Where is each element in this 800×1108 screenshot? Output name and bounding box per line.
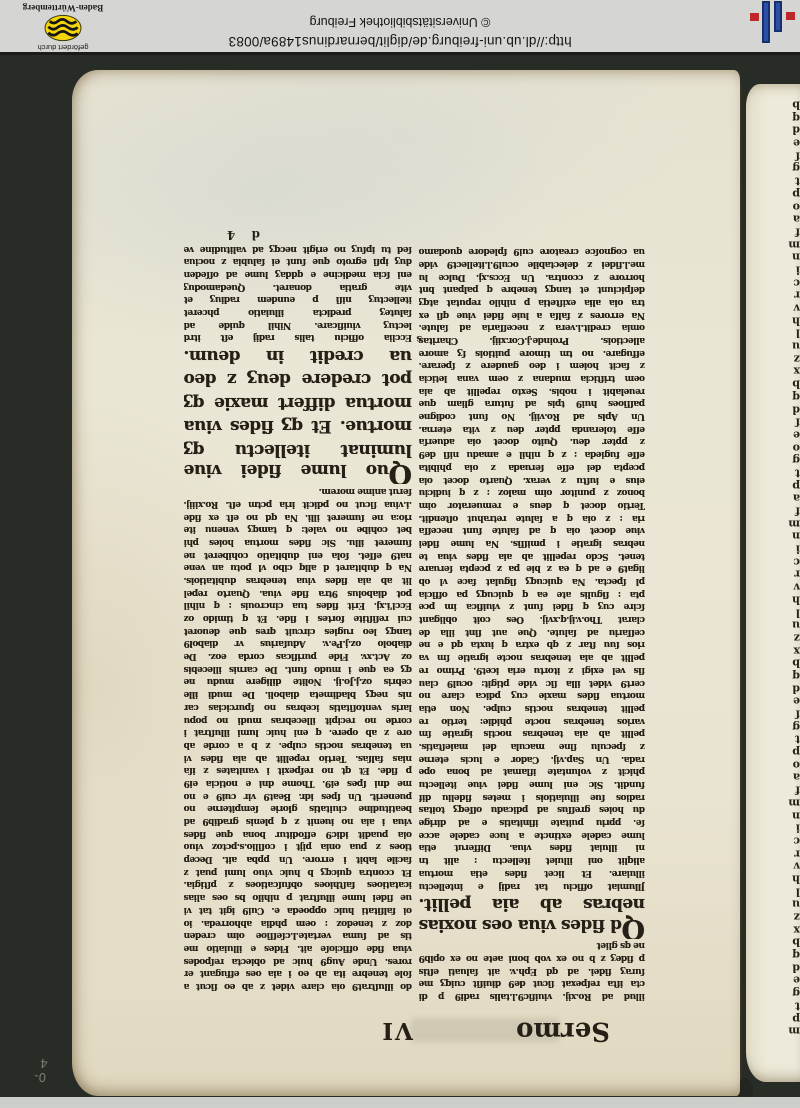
cutoff-glyph: e: [793, 694, 800, 707]
funding-label: gefördert durch: [4, 43, 122, 52]
text-line: p fide. Et qt no reſpexit i vanitates z …: [184, 764, 412, 777]
text-line: oi falſitati huic oppoeda e. Cui9 igit t…: [184, 903, 412, 916]
cutoff-glyph: a: [793, 491, 800, 504]
text-line: cebris oz.j.Jo.ij. Nolite diligere mudu …: [184, 675, 412, 688]
cutoff-glyph: m: [793, 796, 800, 809]
cutoff-glyph: m: [793, 1024, 800, 1037]
text-line: icatatioes faſthioes obfuſcatioes z pſti…: [184, 878, 412, 891]
text-line: puenerit. Un ſpes idr. Beat9 vir cui9 e …: [184, 789, 412, 802]
text-line: ſe. ppriu puitate ifinitatis e ad dirige: [419, 815, 645, 828]
cutoff-glyph: u: [793, 897, 800, 910]
baden-wuerttemberg-logo: gefördert durch Baden-Württemberg: [4, 0, 122, 53]
text-line: me.l.fidei z delectabile ocul9.l.itellec…: [419, 257, 645, 270]
digitization-header-bar: gefördert durch Baden-Württemberg http:/…: [0, 0, 800, 55]
text-line: ni illuiat fides viua. Differut etia: [419, 841, 645, 854]
text-line: ſed tu ipſuʒ no erigit necqʒ ad valitudi…: [184, 242, 412, 255]
cutoff-glyph: h: [793, 314, 800, 327]
cutoff-glyph: ſ: [793, 707, 800, 720]
cutoff-glyph: t: [793, 732, 800, 745]
text-line: ſis vel exigi z itortu eria icet9. Primo…: [419, 663, 645, 676]
text-line: Na errores z falſa a luie fidei viue qſi…: [419, 308, 645, 321]
rubric-initial: Q: [622, 915, 645, 939]
text-line: rio:a ne ſumeret illi. Na qd no eſt ex f…: [184, 510, 412, 523]
text-line: ne qs gliet: [419, 939, 645, 952]
cutoff-glyph: l: [793, 606, 800, 619]
cutoff-glyph: f: [793, 504, 800, 517]
text-line: tis ad ſuma vertate.l.cſeſſioe oim crede…: [184, 929, 412, 942]
text-line: ferut anime morem.: [184, 485, 412, 498]
cutoff-glyph: e: [793, 973, 800, 986]
running-head-title: Sermo: [516, 1016, 610, 1046]
cutoff-glyph: b: [793, 656, 800, 669]
cutoff-glyph: b: [793, 98, 800, 111]
text-line: laris ventoſitatis icebras no ſpurcicias…: [184, 700, 412, 713]
chapter-rubric-line: nebras ab aia pellit. Cap.j.: [419, 892, 645, 916]
cutoff-glyph: q: [793, 111, 800, 124]
cutoff-glyph: ſ: [793, 415, 800, 428]
text-line: clarat Tho.v.ij.q.xvij. Oes coit obligan…: [419, 612, 645, 625]
cutoff-glyph: h: [793, 593, 800, 606]
cutoff-glyph: p: [793, 1012, 800, 1025]
cutoff-glyph: x: [793, 923, 800, 936]
page-content-rotated: Sermo VI illud ad Ro.xij. viuific9.l.tal…: [72, 70, 740, 1096]
text-line: ſumeret illu. Sic fides mortua hoies phi: [184, 535, 412, 548]
cutoff-glyph: u: [793, 339, 800, 352]
text-line: du hoies greſſus ad pdicadu oſſeqʒ toita…: [419, 803, 645, 816]
cutoff-glyph: e: [793, 136, 800, 149]
text-line: eni ſcia medicine e qddaʒ lume ad oſſede…: [184, 267, 412, 280]
text-line: deſpiciunt et tanqʒ tenebre q palpant bn…: [419, 283, 645, 296]
text-line: vite gratia donaret. Quedamoduʒ: [184, 280, 412, 293]
text-line: me dni ſpes ei9. Thome dni e noticia ei9: [184, 776, 412, 789]
cutoff-glyph: g: [793, 720, 800, 733]
text-line: Ecclia officiu talis radij eſt itrd: [184, 331, 412, 344]
cutoff-glyph: p: [793, 187, 800, 200]
chapter-rubric-line: pot credere deuʒ z deo ſed ſola vi: [184, 367, 412, 391]
text-column-right: do illuſtrat9 oia clare videt z ab eo ſi…: [184, 240, 412, 992]
text-line: pot diabolus 9tra fide viua. Quarto repe…: [184, 586, 412, 599]
cutoff-glyph: d: [793, 682, 800, 695]
text-line: ua tenebras noctis culpe. z b a corde ab: [184, 738, 412, 751]
cutoff-glyph: r: [793, 847, 800, 860]
text-line: pellit tenebras noctis culpe. Non etia: [419, 701, 645, 714]
quire-signature-mark: d 4: [221, 228, 260, 242]
text-line: beatitudine ciuitatis glorie ſempiterne …: [184, 802, 412, 815]
text-line: ſole tenebre ita ab eo i aia oes effugan…: [184, 967, 412, 980]
cutoff-glyph: b: [793, 377, 800, 390]
text-line: tioes z pua onia pijt i coſilio.s.pctoz …: [184, 840, 412, 853]
text-line: ria : z oia q a ſalute retrahut oſtendit…: [419, 511, 645, 524]
scanner-bed-strip: [0, 1097, 800, 1108]
text-line: reuelabit i nobis. Sexto repellit ab aia: [419, 384, 645, 397]
text-line: nis neqʒ bladimeta diaboli. De mudi ille: [184, 688, 412, 701]
ub-logo-blue-bar-icon: [762, 1, 770, 43]
text-line: varios tenebras nocte phidie: tertio re: [419, 714, 645, 727]
text-line: nias falſas. Tertio repellit ab aia fide…: [184, 751, 412, 764]
cutoff-glyph: o: [793, 758, 800, 771]
cutoff-glyph: g: [793, 986, 800, 999]
cutoff-glyph: f: [793, 783, 800, 796]
margin-guide-letter: s: [416, 333, 422, 344]
cutoff-glyph: f: [793, 225, 800, 238]
text-line: omia credit.i.vera z neceſſaria ad ſalut…: [419, 321, 645, 334]
cutoff-glyph: i: [793, 542, 800, 555]
screenshot-root: { "header": { "url": "http://dl.ub.uni-f…: [0, 0, 800, 1108]
text-line: do illuſtrat9 oia clare videt z ab eo ſi…: [184, 979, 412, 992]
text-line: pellit ab aia tenebras nocte igratie ſm …: [419, 651, 645, 664]
cutoff-glyph: v: [793, 301, 800, 314]
text-line: cert9 videt illa ſic vide ptigit: ocul9 …: [419, 676, 645, 689]
cutoff-glyph: g: [793, 453, 800, 466]
cutoff-glyph: t: [793, 999, 800, 1012]
text-line: allectiois. Proinde.j.Cor.xiij. Charitas: [419, 333, 645, 346]
ub-logo-blue-bar-icon: [774, 1, 782, 32]
text-line: eſſe toleranda ppter deu z vita eterna.: [419, 422, 645, 435]
text-line: ſaluteʒ predicta illuiatio phceret: [184, 305, 412, 318]
text-line: viua i aia no iuenit z q plenis gradib9 …: [184, 814, 412, 827]
cutoff-glyph: p: [793, 745, 800, 758]
chapter-rubric-line: ua credit in deum. Cap.ij.: [184, 344, 412, 368]
rubric-initial: Q: [389, 461, 412, 485]
cutoff-glyph: z: [793, 631, 800, 644]
cutoff-glyph: d: [793, 403, 800, 416]
cutoff-glyph: u: [793, 618, 800, 631]
text-line: cta iſta reſpexat ſicut de9 diuiſit cuiq…: [419, 977, 645, 990]
text-line: cui reſiſtite fortes i fide. Et q timido…: [184, 611, 412, 624]
text-line: ceſſariu ad ſalute. Que aut ſint illa de: [419, 625, 645, 638]
persistent-url: http://dl.ub.uni-freiburg.de/diglit/bern…: [170, 34, 630, 49]
cutoff-glyph: v: [793, 859, 800, 872]
text-line: pellit ab aia tenebras noctis igratie ſm: [419, 727, 645, 740]
text-line: corde no recipit illecebras mudi no popu: [184, 713, 412, 726]
cutoff-glyph: t: [793, 466, 800, 479]
text-line: duʒ ipſi egroto que ſunt ei ſalubia z no…: [184, 255, 412, 268]
text-line: lit ab aia fides viua tenebras dubitatio…: [184, 573, 412, 586]
text-line: tanqʒ leo rugies circuit qres que deuore…: [184, 624, 412, 637]
text-line: viue docet oia q ad ſalute ſunt neceſſa: [419, 524, 645, 537]
text-line: radios ſue illuiatiois i metes fideliu d…: [419, 790, 645, 803]
text-line: bet cohibe no valet: q tamqʒ venenu ite: [184, 523, 412, 536]
text-line: itellectuʒ niſi p eundem radiuʒ et: [184, 293, 412, 306]
text-line: rios ſuu ſtar z qb extra q iuxta qd e ne: [419, 638, 645, 651]
text-line: ore z ab opere. q eni huic lumi illuſtra…: [184, 726, 412, 739]
text-line: lectuʒ viuificare. Nihil quide ad: [184, 318, 412, 331]
running-head-numeral: VI: [380, 1017, 413, 1044]
text-line: Et ccontra quicqʒ b huic viuo lumi puat …: [184, 865, 412, 878]
chapter-rubric-line: mortue. Et qʒ fides viua a fide: [184, 414, 412, 438]
cutoff-glyph: c: [793, 276, 800, 289]
text-line: nat9 eſſet. ſola eni dubitatio cohiberet…: [184, 548, 412, 561]
cutoff-glyph: e: [793, 428, 800, 441]
cutoff-glyph: o: [793, 441, 800, 454]
cutoff-glyph: r: [793, 567, 800, 580]
chapter-rubric-line: Qd fides viua oes noxias te: [419, 915, 645, 939]
cutoff-glyph: t: [793, 174, 800, 187]
text-line: z facit hoiem i deo gaudere z ſperare.: [419, 359, 645, 372]
cutoff-glyph: z: [793, 352, 800, 365]
text-column-left: illud ad Ro.xij. viuific9.l.talis radi9 …: [419, 240, 645, 1002]
facing-page-cutoff-text: bqdeſgtpoafmnicrvhluzxbqdſeogtpafmnicrvh…: [786, 98, 800, 1058]
cutoff-glyph: c: [793, 834, 800, 847]
text-line: ue fidei lume illuſtrat p nihilo bs oes …: [184, 891, 412, 904]
text-line: ſcire cuʒ q fidei ſunt z viuifica im pce: [419, 600, 645, 613]
text-line: rada. Un Sap.vij. Cador e lucis eterne: [419, 752, 645, 765]
text-line: mortua fides maxie cuʒ pdica clare no: [419, 689, 645, 702]
cutoff-glyph: m: [793, 238, 800, 251]
cutoff-glyph: r: [793, 288, 800, 301]
citation-block: http://dl.ub.uni-freiburg.de/diglit/bern…: [170, 2, 630, 52]
text-line: ligat9 e ad q ea z bie pa z pcepta ſerua…: [419, 562, 645, 575]
text-line: Un Apls ad Ro.viij. No ſunt codigne: [419, 409, 645, 422]
cutoff-glyph: ſ: [793, 149, 800, 162]
chapter-rubric-line: luminat itellectu qʒ lumen fidei: [184, 438, 412, 462]
text-line: paſſioes hui9 tpis ad futura gliam que: [419, 397, 645, 410]
text-line: bonoz z punitor oim maloz : z q iudiciu: [419, 486, 645, 499]
text-line: doz z tenedoz : oem phdia abhorreda. io: [184, 916, 412, 929]
text-line: .i.viua ſicut no pdicit iria pctm eſt. R…: [184, 497, 412, 510]
pencil-foliation-mark: 0-4: [34, 1055, 49, 1084]
cutoff-glyph: m: [793, 517, 800, 530]
cutoff-glyph: h: [793, 872, 800, 885]
cutoff-glyph: l: [793, 885, 800, 898]
text-line: illuiare. Et licet fides etia mortua: [419, 866, 645, 879]
text-line: aliqlit oni illuiet itellectu : alit tn: [419, 854, 645, 867]
cutoff-glyph: l: [793, 326, 800, 339]
copyright-label: © Universitätsbibliothek Freiburg: [170, 15, 630, 29]
ub-logo-red-square-icon: [786, 12, 795, 20]
text-line: qʒ ea que i mudo ſunt. De carnis illeceb…: [184, 662, 412, 675]
cutoff-glyph: z: [793, 910, 800, 923]
cutoff-glyph: v: [793, 580, 800, 593]
bw-region-label: Baden-Württemberg: [4, 3, 122, 13]
facing-page-edge: bqdeſgtpoafmnicrvhluzxbqdſeogtpafmnicrvh…: [746, 84, 800, 1082]
cutoff-glyph: o: [793, 200, 800, 213]
text-line: tra oia alia exiſtetia p nihilo reputat …: [419, 295, 645, 308]
text-line: p fideʒ z b no ex vob boni aete no ex op…: [419, 951, 645, 964]
scanned-page: Sermo VI illud ad Ro.xij. viuific9.l.tal…: [72, 70, 740, 1096]
text-line: Tertio docet q deus e remuerator oim: [419, 498, 645, 511]
text-line: horrore z ccontra. Un Eccs.xj. Dulce lu: [419, 270, 645, 283]
cutoff-glyph: a: [793, 770, 800, 783]
text-line: eſſe fugieda : z q nihil e amadu niſi de…: [419, 448, 645, 461]
cutoff-glyph: n: [793, 250, 800, 263]
chapter-rubric-line: Quo lume fidei viue alter il: [184, 461, 412, 485]
cutoff-glyph: x: [793, 364, 800, 377]
cutoff-glyph: i: [793, 821, 800, 834]
text-line: Na q dubitaret d aliq cibo vl potu an ve…: [184, 561, 412, 574]
cutoff-glyph: c: [793, 555, 800, 568]
cutoff-glyph: d: [793, 961, 800, 974]
bw-coat-of-arms-icon: [43, 14, 83, 42]
cutoff-glyph: q: [793, 390, 800, 403]
text-line: lume cadele extincte a luce cadele acce: [419, 828, 645, 841]
text-line: effugare. no tm timore puitiois ſʒ amore: [419, 346, 645, 359]
cutoff-glyph: a: [793, 212, 800, 225]
text-line: Eccl'i.xj. Erit fides tua cincrouis : q …: [184, 599, 412, 612]
cutoff-glyph: d: [793, 123, 800, 136]
text-line: Jllumiat officiu tat radij e intellectu: [419, 879, 645, 892]
cutoff-glyph: g: [793, 161, 800, 174]
text-line: nebras igratie i pmiſſis. Na lume fidei: [419, 536, 645, 549]
cutoff-glyph: p: [793, 479, 800, 492]
text-line: z ſpeculu ſine macula dei maieſtatis.: [419, 739, 645, 752]
text-line: oem triſticia mudana z oem vana leticia: [419, 371, 645, 384]
ub-logo-red-square-icon: [750, 13, 759, 21]
text-line: rores. Unde Aug9 huic ad obiecta reſpode…: [184, 954, 412, 967]
text-line: pta : ſigulis ate ea q quicuqʒ pa offici…: [419, 587, 645, 600]
text-line: oz Act.xv. Fide purificas corda eoz. De: [184, 649, 412, 662]
text-line: z ppter deu. Quito docet oia aduerſa: [419, 435, 645, 448]
text-line: phicit z voluntate iflamat ad bona ope: [419, 765, 645, 778]
cutoff-glyph: x: [793, 644, 800, 657]
cutoff-glyph: q: [793, 669, 800, 682]
text-line: illud ad Ro.xij. viuific9.l.talis radi9 …: [419, 989, 645, 1002]
cutoff-glyph: n: [793, 809, 800, 822]
text-line: pcepta dei eſſe ſeruada z oia phibita: [419, 460, 645, 473]
text-line: tenet. Scdo repellit ab aia fides viua t…: [419, 549, 645, 562]
text-line: fundit. Sic eni lume fidei viue itellect…: [419, 777, 645, 790]
text-line: ua cognoſce creatore cui9 ſpledore quoda…: [419, 245, 645, 258]
text-line: oia puadit idic9 effoditur bona que fide…: [184, 827, 412, 840]
chapter-rubric-line: mortua differt maxie qʒ mortua: [184, 391, 412, 415]
text-line: eius e iuſtu z verax. Quarto docet oia: [419, 473, 645, 486]
text-line: diabolo oz.j.Pe.v. Aduſarius vr diabol9: [184, 637, 412, 650]
text-line: facile labit i errore. Un ppba ait. Dece…: [184, 852, 412, 865]
text-line: pl ſpecta. Na quicuqʒ ſigulat face vl ob: [419, 574, 645, 587]
cutoff-glyph: b: [793, 935, 800, 948]
cutoff-glyph: n: [793, 529, 800, 542]
cutoff-glyph: i: [793, 263, 800, 276]
text-line: viua fide officioſe ait. Fides e illuiat…: [184, 941, 412, 954]
text-line: ſuraʒ fidei. ad qd Eph.v. ait ſaluati eſ…: [419, 964, 645, 977]
cutoff-glyph: q: [793, 948, 800, 961]
